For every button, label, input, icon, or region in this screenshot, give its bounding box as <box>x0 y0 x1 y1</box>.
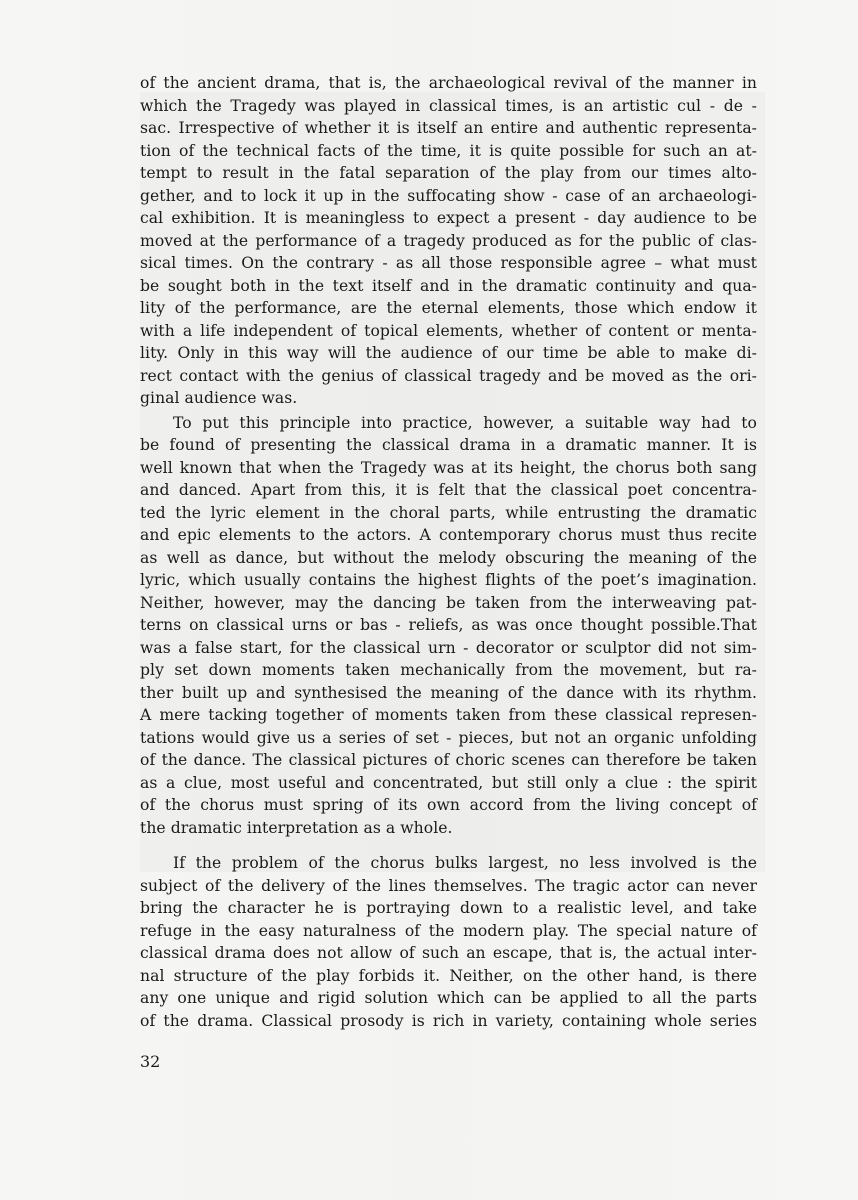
text-line: and epic elements to the actors. A conte… <box>140 524 757 547</box>
text-line: of the dance. The classical pictures of … <box>140 749 757 772</box>
paragraph: of the ancient drama, that is, the archa… <box>140 72 757 410</box>
text-line: ted the lyric element in the choral part… <box>140 502 757 525</box>
text-line: as a clue, most useful and concentrated,… <box>140 772 757 795</box>
page-number: 32 <box>140 1052 160 1071</box>
text-line: To put this principle into practice, how… <box>140 412 757 435</box>
text-line: of the drama. Classical prosody is rich … <box>140 1010 757 1033</box>
text-line: be found of presenting the classical dra… <box>140 434 757 457</box>
text-line: moved at the performance of a tragedy pr… <box>140 230 757 253</box>
text-line: lity. Only in this way will the audience… <box>140 342 757 365</box>
text-line: ply set down moments taken mechanically … <box>140 659 757 682</box>
text-line: Neither, however, may the dancing be tak… <box>140 592 757 615</box>
text-line: gether, and to lock it up in the suffoca… <box>140 185 757 208</box>
text-line: any one unique and rigid solution which … <box>140 987 757 1010</box>
text-line: tempt to result in the fatal separation … <box>140 162 757 185</box>
text-line: cal exhibition. It is meaningless to exp… <box>140 207 757 230</box>
text-line: terns on classical urns or bas - reliefs… <box>140 614 757 637</box>
paragraph: If the problem of the chorus bulks large… <box>140 852 757 1032</box>
text-line: which the Tragedy was played in classica… <box>140 95 757 118</box>
text-line: nal structure of the play forbids it. Ne… <box>140 965 757 988</box>
text-line: classical drama does not allow of such a… <box>140 942 757 965</box>
text-line: of the ancient drama, that is, the archa… <box>140 72 757 95</box>
text-line: If the problem of the chorus bulks large… <box>140 852 757 875</box>
text-line: sac. Irrespective of whether it is itsel… <box>140 117 757 140</box>
paragraph: To put this principle into practice, how… <box>140 412 757 840</box>
text-line: the dramatic interpretation as a whole. <box>140 817 757 840</box>
text-line: and danced. Apart from this, it is felt … <box>140 479 757 502</box>
page-body: of the ancient drama, that is, the archa… <box>140 72 757 1032</box>
text-line: ginal audience was. <box>140 387 757 410</box>
text-line: as well as dance, but without the melody… <box>140 547 757 570</box>
text-line: be sought both in the text itself and in… <box>140 275 757 298</box>
text-line: was a false start, for the classical urn… <box>140 637 757 660</box>
text-line: with a life independent of topical eleme… <box>140 320 757 343</box>
paragraph-gap <box>140 839 757 852</box>
text-line: rect contact with the genius of classica… <box>140 365 757 388</box>
text-line: well known that when the Tragedy was at … <box>140 457 757 480</box>
text-line: subject of the delivery of the lines the… <box>140 875 757 898</box>
text-line: A mere tacking together of moments taken… <box>140 704 757 727</box>
text-line: refuge in the easy naturalness of the mo… <box>140 920 757 943</box>
text-line: of the chorus must spring of its own acc… <box>140 794 757 817</box>
text-line: ther built up and synthesised the meanin… <box>140 682 757 705</box>
text-line: lyric, which usually contains the highes… <box>140 569 757 592</box>
text-line: tion of the technical facts of the time,… <box>140 140 757 163</box>
text-line: lity of the performance, are the eternal… <box>140 297 757 320</box>
text-line: tations would give us a series of set - … <box>140 727 757 750</box>
text-line: bring the character he is portraying dow… <box>140 897 757 920</box>
text-line: sical times. On the contrary - as all th… <box>140 252 757 275</box>
